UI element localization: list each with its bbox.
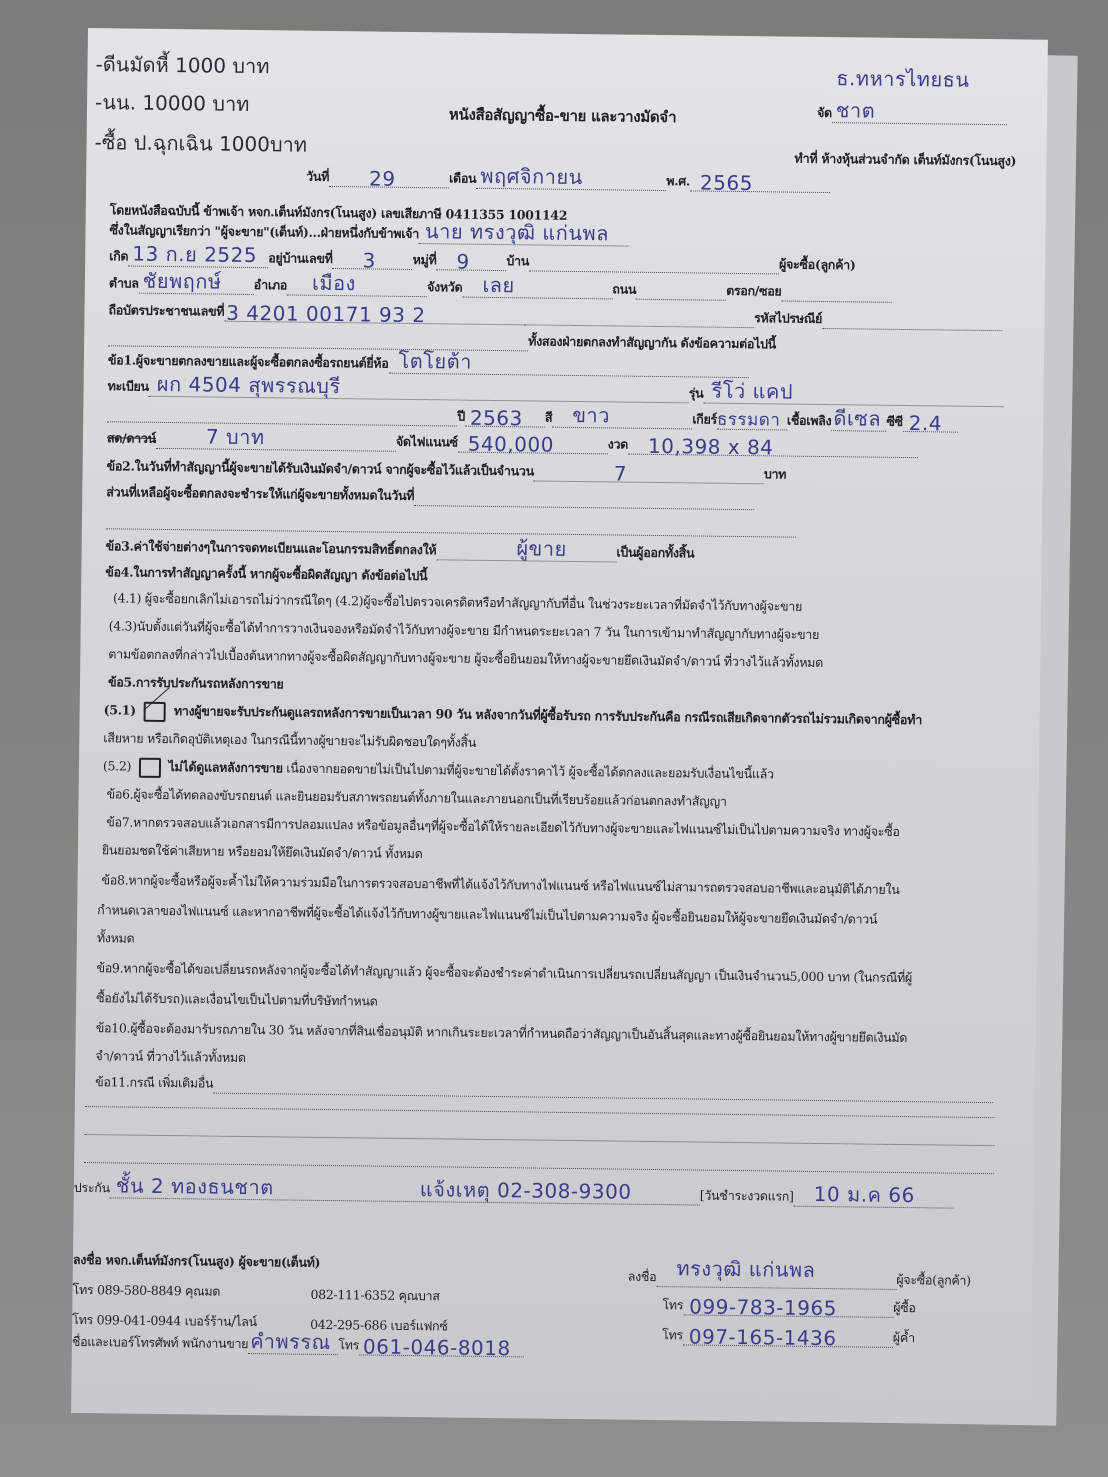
clause-11-row: ข้อ11.กรณี เพิ่มเติมอื่น	[95, 1072, 993, 1103]
clause-5-1-text: ทางผู้ขายจะรับประกันดูแลรถหลังการขายเป็น…	[174, 703, 922, 727]
brand-value: โตโยต้า	[398, 345, 472, 378]
clause-2-label: ข้อ2.ในวันที่ทำสัญญานี้ผู้จะขายได้รับเงิ…	[107, 456, 534, 481]
fuel-value: ดีเซล	[833, 402, 881, 435]
warranty-90-day-checkbox[interactable]	[144, 701, 166, 721]
buyer-phone-suffix: ผู้ซื้อ	[893, 1298, 916, 1318]
road-label: ถนน	[612, 279, 636, 299]
clause-3-label: ข้อ3.ค่าใช้จ่ายต่างๆในการจดทะเบียนและโอน…	[106, 536, 437, 560]
subdistrict-value: ชัยพฤกษ์	[143, 265, 222, 298]
down-value: 7 บาท	[206, 420, 265, 453]
clause-5-1b: เสียหาย หรือเกิดอุบัติเหตุเอง ในกรณีนี้ท…	[103, 728, 476, 753]
province-value: เลย	[482, 269, 515, 301]
clause-8a: ข้อ8.หากผู้จะซื้อหรือผู้จะค้ำไม่ให้ความร…	[101, 870, 899, 900]
clause-4-1: (4.1) ผู้จะซื้อยกเลิกไม่เอารถไม่ว่ากรณีใ…	[113, 588, 802, 616]
month-label: เดือน	[449, 168, 476, 188]
registration-label: ทะเบียน	[108, 376, 149, 397]
district-value: เมือง	[312, 267, 356, 300]
clause-3-row: ข้อ3.ค่าใช้จ่ายต่างๆในการจดทะเบียนและโอน…	[106, 536, 695, 563]
first-due-label: [วันชำระงวดแรก]	[700, 1186, 794, 1207]
id-row: ถือบัตรประชาชนเลขที่ 3 4201 00171 93 2 ร…	[108, 300, 1002, 331]
salesperson-row: ชื่อและเบอร์โทรศัพท์ พนักงานขาย คำพรรณ โ…	[72, 1332, 524, 1358]
branch-value: ธ.ทหารไทยธนชาต	[836, 62, 1008, 128]
gear-value: ธรรมดา	[717, 406, 781, 434]
house-value: 3	[362, 248, 376, 272]
clause-2-value: 7	[614, 461, 628, 485]
year-value: 2565	[700, 170, 753, 195]
clause-5-2-text: เนื่องจากยอดขายไม่เป็นไปตามที่ผู้จะขายได…	[286, 760, 774, 781]
clause-5: ข้อ5.การรับประกันรถหลังการขาย	[108, 672, 284, 694]
seller-phone-2: 082-111-6352 คุณบาส	[310, 1285, 439, 1307]
insurance-row: ประกัน ชั้น 2 ทองธนชาต แจ้งเหตุ 02-308-9…	[74, 1178, 954, 1209]
insurance-label: ประกัน	[74, 1178, 110, 1198]
finance-value: 540,000	[468, 432, 555, 457]
month-value: พฤศจิกายน	[480, 160, 583, 193]
clause-8b: กำหนดเวลาของไฟแนนซ์ และหากอาชีพที่ผู้จะซ…	[97, 900, 877, 930]
salesperson-name: คำพรรณ	[250, 1325, 331, 1358]
model-value: รีโว่ แคป	[711, 375, 793, 408]
clause-2-unit: บาท	[764, 464, 787, 484]
subdistrict-label: ตำบล	[109, 273, 139, 293]
district-label: อำเภอ	[254, 275, 288, 295]
buyer-sign-suffix: ผู้จะซื้อ(ลูกค้า)	[896, 1270, 971, 1291]
clause-9a: ข้อ9.หากผู้จะซื้อได้ขอเปลี่ยนรถหลังจากผู…	[96, 958, 912, 988]
extra-line-2	[84, 1134, 994, 1146]
branch-label: จัด	[817, 103, 832, 123]
clause-5-1-row: (5.1) ทางผู้ขายจะรับประกันดูแลรถหลังการข…	[104, 700, 923, 730]
handwritten-note-3: -ซื้อ ป.ฉุกเฉิน 1000บาท	[94, 126, 307, 161]
id-value: 3 4201 00171 93 2	[226, 301, 426, 327]
finance-label: จัดไฟแนนซ์	[396, 432, 458, 453]
model-label: รุ่น	[689, 383, 704, 403]
buyer-suffix: ผู้จะซื้อ(ลูกค้า)	[779, 254, 856, 275]
clause-5-2-heading: ไม่ได้ดูแลหลังการขาย	[168, 759, 282, 775]
alley-label: ตรอก/ซอย	[726, 281, 782, 302]
insurance-value: ชั้น 2 ทองธนชาต	[116, 1169, 274, 1203]
buyer-signature: ทรงวุฒิ แก่นพล	[676, 1252, 815, 1286]
vehicle-year-value: 2563	[470, 406, 523, 431]
date-label: วันที่	[306, 167, 329, 187]
buyer-phone-label: โทร	[662, 1295, 683, 1315]
moo-value: 9	[456, 250, 470, 274]
province-label: จังหวัด	[427, 277, 463, 297]
address-row-2: ตำบล ชัยพฤกษ์ อำเภอ เมือง จังหวัด เลย ถน…	[109, 273, 892, 303]
clause-4-3b: ตามข้อตกลงที่กล่าวไปเบื้องต้นหากทางผู้จะ…	[108, 644, 823, 673]
down-label: สด/ดาวน์	[107, 428, 156, 449]
clause-5-2-number: (5.2)	[103, 758, 131, 773]
clause-2b-label: ส่วนที่เหลือผู้จะซื้อตกลงจะชำระให้แก่ผู้…	[106, 482, 414, 506]
registration-value: ผก 4504 สุพรรณบุรี	[157, 368, 341, 402]
cc-value: 2.4	[909, 411, 943, 435]
installment-value: 10,398 x 84	[648, 434, 774, 460]
agreement-intro: ทั้งสองฝ่ายตกลงทำสัญญากัน ดังข้อความต่อไ…	[528, 331, 776, 354]
made-at-text: ทำที่ ห้างหุ้นส่วนจำกัด เต็นท์มังกร(โนนส…	[794, 149, 1016, 172]
birth-label: เกิด	[109, 246, 128, 266]
clause-4: ข้อ4.ในการทำสัญญาครั้งนี้ หากผู้จะซื้อผิ…	[105, 562, 427, 586]
color-value: ขาว	[572, 399, 610, 431]
buyer-sign-label: ลงชื่อ	[628, 1267, 657, 1287]
moo-label: หมู่ที่	[412, 250, 436, 270]
salesperson-phone: 061-046-8018	[363, 1334, 511, 1360]
clause-2c-row	[106, 510, 796, 537]
handwritten-note-1: -ดีนมัดหี้ 1000 บาท	[95, 48, 269, 82]
clause-7a: ข้อ7.หากตรวจสอบแล้วเอกสารมีการปลอมแปลง ห…	[106, 812, 900, 842]
first-due-value: 10 ม.ค 66	[814, 1178, 915, 1211]
postcode-label: รหัสไปรษณีย์	[754, 308, 822, 329]
clause-6: ข้อ6.ผู้จะซื้อได้ทดลองขับรถยนต์ และยินยอ…	[107, 784, 727, 812]
guarantor-phone: 097-165-1436	[689, 1324, 837, 1350]
seller-sign-line: ลงชื่อ หจก.เต็นท์มังกร(โนนสูง) ผู้จะขาย(…	[73, 1250, 320, 1273]
clause-9b: ซื้อยังไม่ได้รับรถ)และเงื่อนไขเป็นไปตามท…	[96, 988, 378, 1011]
buyer-phone-row: โทร 099-783-1965 ผู้ซื้อ	[662, 1295, 915, 1318]
house-label: อยู่บ้านเลขที่	[268, 248, 333, 269]
clause-4-3a: (4.3)นับตั้งแต่วันที่ผู้จะซื้อได้ทำการวา…	[109, 616, 820, 645]
buyer-sign-row: ลงชื่อ ทรงวุฒิ แก่นพล ผู้จะซื้อ(ลูกค้า)	[628, 1267, 971, 1291]
fuel-label: เชื้อเพลิง	[787, 411, 832, 432]
guarantor-phone-row: โทร 097-165-1436 ผู้ค้ำ	[662, 1325, 915, 1348]
down-finance-row: สด/ดาวน์ 7 บาท จัดไฟแนนซ์ 540,000 งวด 10…	[107, 428, 918, 458]
clause-2b-row: ส่วนที่เหลือผู้จะซื้อตกลงจะชำระให้แก่ผู้…	[106, 482, 754, 510]
clause-7b: ยินยอมชดใช้ค่าเสียหาย หรือยอมให้ยึดเงินม…	[102, 840, 423, 864]
salesperson-label: ชื่อและเบอร์โทรศัพท์ พนักงานขาย	[72, 1332, 249, 1354]
id-label: ถือบัตรประชาชนเลขที่	[108, 300, 224, 321]
year-label: พ.ศ.	[666, 171, 690, 191]
gear-label: เกียร์	[692, 409, 717, 429]
date-value: 29	[369, 166, 396, 190]
clause-8c: ทั้งหมด	[97, 928, 135, 948]
extra-line-1	[85, 1106, 995, 1118]
guarantor-phone-suffix: ผู้ค้ำ	[893, 1328, 915, 1348]
clause-11-label: ข้อ11.กรณี เพิ่มเติมอื่น	[95, 1072, 213, 1093]
contract-sheet: -ดีนมัดหี้ 1000 บาท -นน. 10000 บาท -ซื้อ…	[71, 28, 1048, 1425]
seller-phone-3: โทร 099-041-0944 เบอร์ร้าน/ไลน์	[72, 1310, 257, 1332]
clause-5-2-row: (5.2) ไม่ได้ดูแลหลังการขาย เนื่องจากยอดข…	[103, 756, 774, 785]
clause-2-row: ข้อ2.ในวันที่ทำสัญญานี้ผู้จะขายได้รับเงิ…	[107, 456, 787, 484]
insurance-hotline: แจ้งเหตุ 02-308-9300	[420, 1173, 632, 1208]
salesperson-phone-label: โทร	[338, 1335, 359, 1355]
installment-label: งวด	[608, 434, 629, 454]
branch-field: จัด ธ.ทหารไทยธนชาต	[817, 103, 1007, 125]
cc-label: ซีซี	[886, 412, 903, 432]
date-field: วันที่ 29 เดือน พฤศจิกายน พ.ศ. 2565	[306, 167, 830, 193]
clause-3-value: ผู้ขาย	[516, 532, 567, 565]
clause-3-suffix: เป็นผู้ออกทั้งสิ้น	[616, 542, 694, 563]
buyer-name-value: นาย ทรงวุฒิ แก่นพล	[425, 215, 609, 249]
guarantor-phone-label: โทร	[662, 1325, 683, 1345]
clause-10a: ข้อ10.ผู้ซื้อจะต้องมารับรถภายใน 30 วัน ห…	[96, 1018, 908, 1048]
clause-5-1-number: (5.1)	[104, 702, 136, 717]
handwritten-note-2: -นน. 10000 บาท	[95, 86, 250, 120]
buyer-phone: 099-783-1965	[689, 1294, 837, 1320]
no-warranty-checkbox[interactable]	[139, 757, 161, 777]
clause-10b: จำ/ดาวน์ ที่วางไว้แล้วทั้งหมด	[95, 1046, 246, 1068]
seller-phone-1: โทร 089-580-8849 คุณมด	[72, 1280, 220, 1302]
document-title: หนังสือสัญญาซื้อ-ขาย และวางมัดจำ	[449, 102, 677, 129]
